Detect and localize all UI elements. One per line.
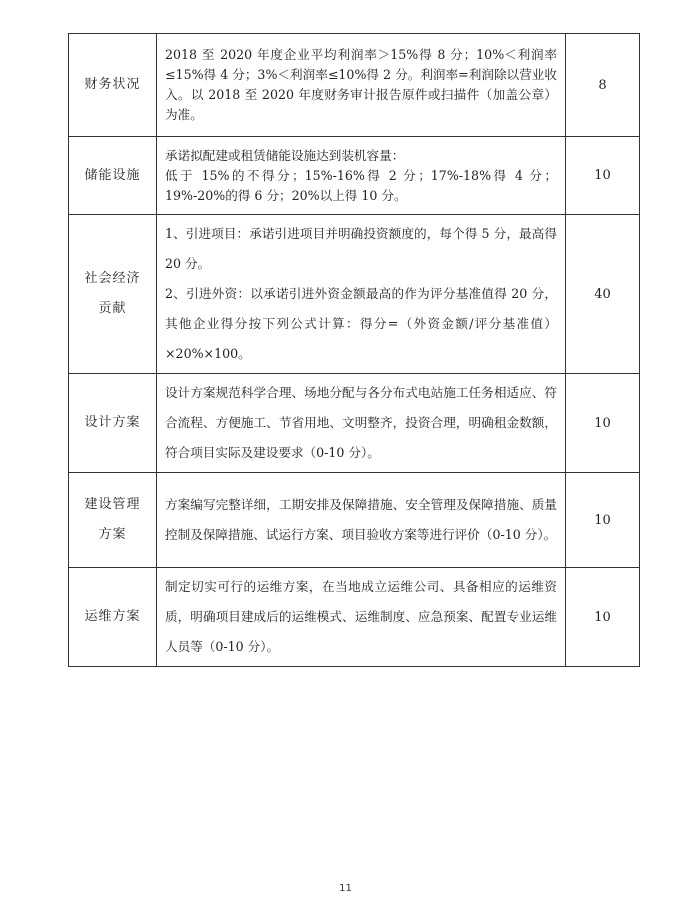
score-cell: 10 bbox=[566, 374, 640, 473]
item-name-cell: 设计方案 bbox=[69, 374, 157, 473]
item-name-line: 贡献 bbox=[69, 294, 156, 324]
item-name-line: 社会经济 bbox=[69, 264, 156, 294]
table-row: 运维方案 制定切实可行的运维方案，在当地成立运维公司、具备相应的运维资质，明确项… bbox=[69, 568, 640, 667]
item-name-cell: 储能设施 bbox=[69, 137, 157, 215]
criteria-text: 1、引进项目：承诺引进项目并明确投资额度的，每个得 5 分，最高得 20 分。 bbox=[165, 219, 557, 279]
page-number: 11 bbox=[0, 883, 691, 894]
score-cell: 10 bbox=[566, 568, 640, 667]
scoring-criteria-table: 财务状况 2018 至 2020 年度企业平均利润率＞15%得 8 分；10%＜… bbox=[68, 33, 640, 667]
item-name-cell: 社会经济 贡献 bbox=[69, 215, 157, 374]
table-row: 财务状况 2018 至 2020 年度企业平均利润率＞15%得 8 分；10%＜… bbox=[69, 34, 640, 137]
score-cell: 8 bbox=[566, 34, 640, 137]
criteria-text: 2、引进外资：以承诺引进外资金额最高的作为评分基准值得 20 分，其他企业得分按… bbox=[165, 279, 557, 369]
table-row: 设计方案 设计方案规范科学合理、场地分配与各分布式电站施工任务相适应、符合流程、… bbox=[69, 374, 640, 473]
criteria-text: 方案编写完整详细，工期安排及保障措施、安全管理及保障措施、质量控制及保障措施、试… bbox=[165, 490, 557, 550]
criteria-cell: 制定切实可行的运维方案，在当地成立运维公司、具备相应的运维资质，明确项目建成后的… bbox=[157, 568, 566, 667]
item-name-cell: 财务状况 bbox=[69, 34, 157, 137]
table-row: 社会经济 贡献 1、引进项目：承诺引进项目并明确投资额度的，每个得 5 分，最高… bbox=[69, 215, 640, 374]
criteria-cell: 承诺拟配建或租赁储能设施达到装机容量： 低于 15%的不得分；15%-16%得 … bbox=[157, 137, 566, 215]
criteria-cell: 方案编写完整详细，工期安排及保障措施、安全管理及保障措施、质量控制及保障措施、试… bbox=[157, 473, 566, 568]
table-row: 建设管理 方案 方案编写完整详细，工期安排及保障措施、安全管理及保障措施、质量控… bbox=[69, 473, 640, 568]
score-cell: 10 bbox=[566, 473, 640, 568]
criteria-text: 低于 15%的不得分；15%-16%得 2 分；17%-18%得 4 分；19%… bbox=[165, 166, 557, 206]
item-name-line: 建设管理 bbox=[69, 490, 156, 520]
criteria-cell: 2018 至 2020 年度企业平均利润率＞15%得 8 分；10%＜利润率≤1… bbox=[157, 34, 566, 137]
score-cell: 40 bbox=[566, 215, 640, 374]
criteria-text: 设计方案规范科学合理、场地分配与各分布式电站施工任务相适应、符合流程、方便施工、… bbox=[165, 378, 557, 468]
score-cell: 10 bbox=[566, 137, 640, 215]
criteria-text: 制定切实可行的运维方案，在当地成立运维公司、具备相应的运维资质，明确项目建成后的… bbox=[165, 572, 557, 662]
table-row: 储能设施 承诺拟配建或租赁储能设施达到装机容量： 低于 15%的不得分；15%-… bbox=[69, 137, 640, 215]
criteria-cell: 1、引进项目：承诺引进项目并明确投资额度的，每个得 5 分，最高得 20 分。 … bbox=[157, 215, 566, 374]
criteria-text: 承诺拟配建或租赁储能设施达到装机容量： bbox=[165, 146, 557, 166]
item-name-cell: 建设管理 方案 bbox=[69, 473, 157, 568]
criteria-text: 2018 至 2020 年度企业平均利润率＞15%得 8 分；10%＜利润率≤1… bbox=[165, 45, 557, 125]
item-name-cell: 运维方案 bbox=[69, 568, 157, 667]
criteria-cell: 设计方案规范科学合理、场地分配与各分布式电站施工任务相适应、符合流程、方便施工、… bbox=[157, 374, 566, 473]
item-name-line: 方案 bbox=[69, 520, 156, 550]
